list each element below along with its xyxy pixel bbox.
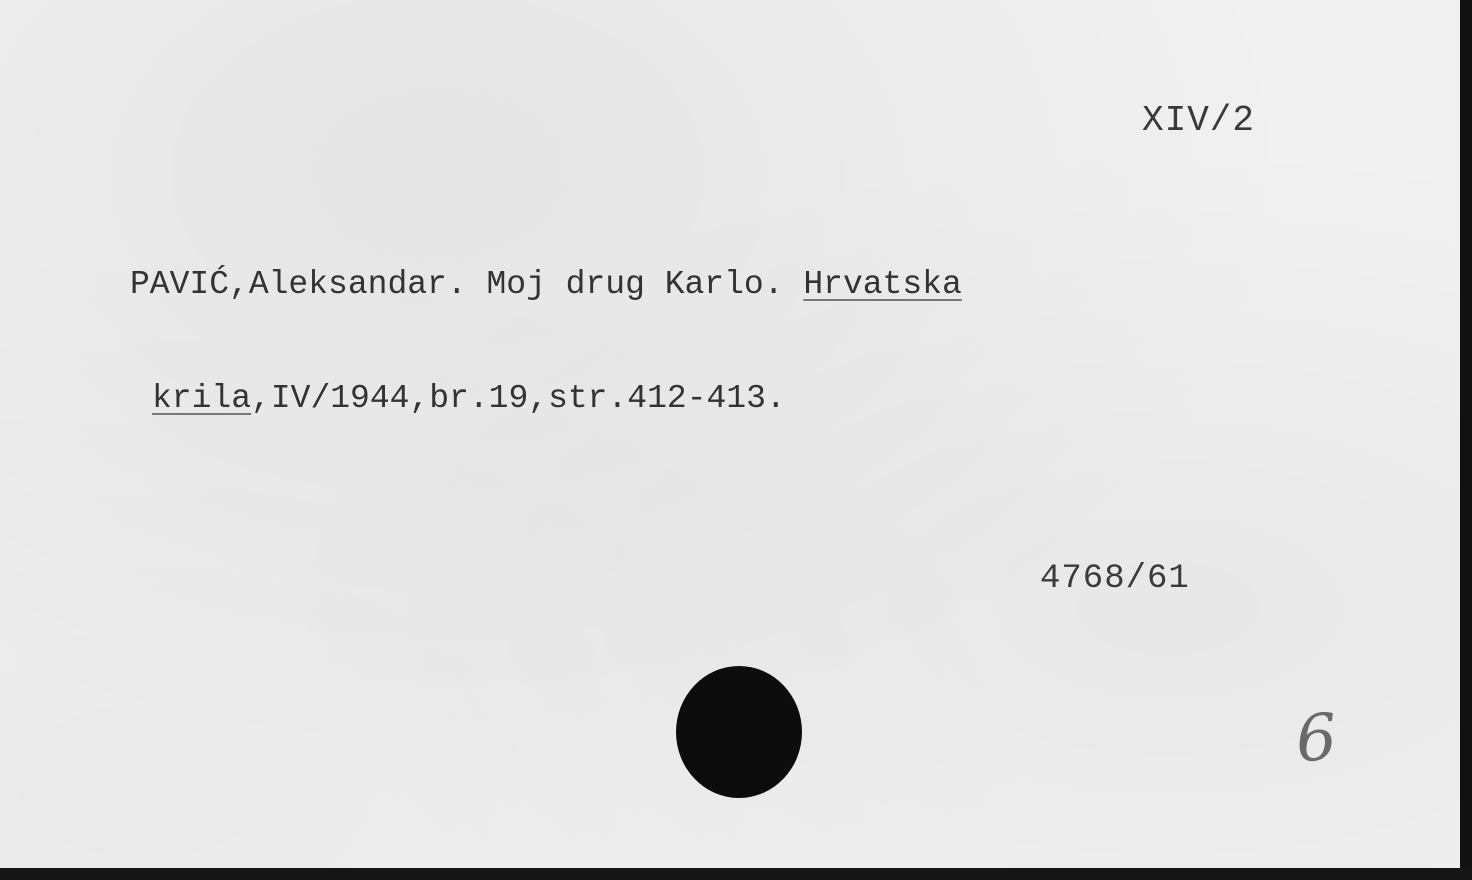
journal-name-part1: Hrvatska (803, 266, 961, 303)
shelf-mark: XIV/2 (1142, 100, 1255, 141)
entry-line-2: krila,IV/1944,br.19,str.412-413. (130, 380, 962, 418)
handwritten-number: 6 (1293, 701, 1339, 778)
accession-number: 4768/61 (1040, 560, 1190, 598)
punch-hole (676, 666, 802, 798)
catalog-card: XIV/2 PAVIĆ,Aleksandar. Moj drug Karlo. … (0, 0, 1460, 868)
scan-border-right (1460, 0, 1472, 880)
entry-line-1: PAVIĆ,Aleksandar. Moj drug Karlo. Hrvats… (130, 266, 962, 304)
scan-border-bottom (0, 868, 1472, 880)
entry-title: Moj drug Karlo. (486, 266, 783, 303)
journal-name-part2: krila (152, 380, 251, 417)
entry-details: ,IV/1944,br.19,str.412-413. (251, 380, 786, 417)
entry-journal: Hrvatska (803, 266, 961, 303)
entry-author: PAVIĆ,Aleksandar. (130, 266, 467, 303)
bibliographic-entry: PAVIĆ,Aleksandar. Moj drug Karlo. Hrvats… (130, 190, 962, 494)
